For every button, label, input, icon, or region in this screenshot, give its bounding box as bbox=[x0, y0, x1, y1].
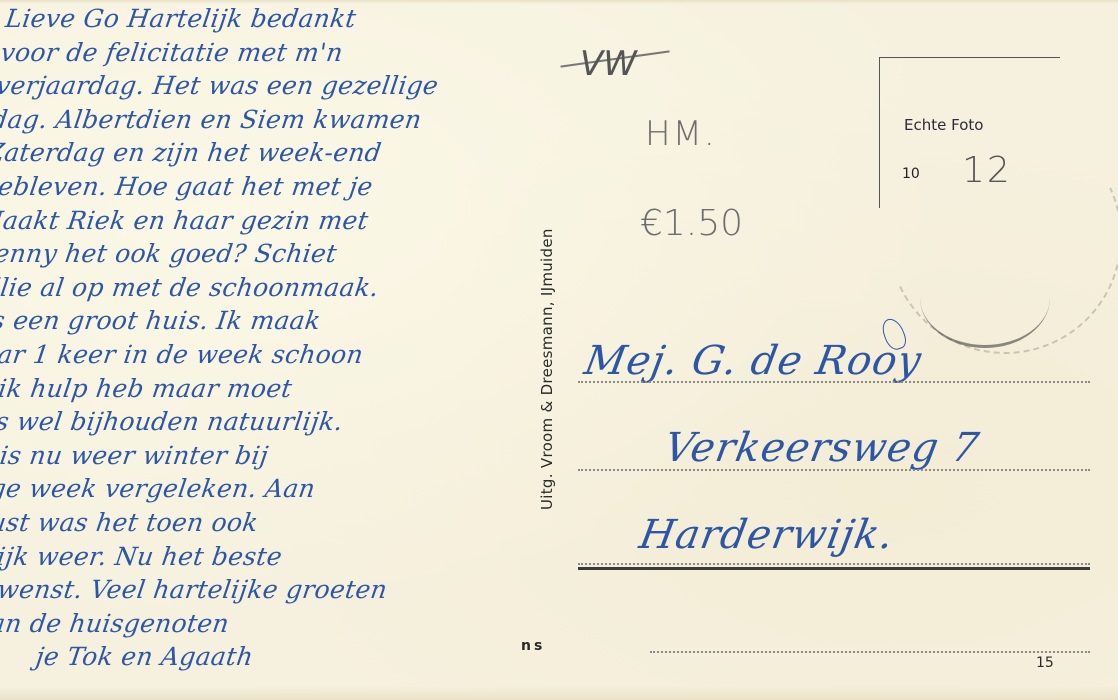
pencil-initials: VW bbox=[580, 44, 637, 84]
message-line: vorige week vergeleken. Aan bbox=[0, 472, 502, 506]
message-signature: je Tok en Agaath bbox=[0, 640, 478, 674]
message-line: voor de felicitatie met m'n bbox=[0, 36, 563, 70]
ns-mark: ns bbox=[521, 638, 545, 654]
address-line-3: Harderwijk. bbox=[636, 512, 898, 558]
message-line: toegewenst. Veel hartelijke groeten bbox=[0, 573, 488, 607]
card-number: 15 bbox=[1036, 655, 1054, 671]
message-line: t Is een groot huis. Ik maak bbox=[0, 304, 526, 338]
address-line-1: Mej. G. de Rooy bbox=[581, 338, 925, 384]
address-underline bbox=[578, 567, 1090, 570]
message-line: alles wel bijhouden natuurlijk. bbox=[0, 405, 511, 439]
message-line: Maakt Riek en haar gezin met bbox=[0, 204, 540, 238]
address-dotted-line bbox=[578, 381, 1090, 383]
message-line: als ik hulp heb maar moet bbox=[0, 372, 516, 406]
pencil-price: €1.50 bbox=[640, 203, 743, 244]
message-line: Lieve Go Hartelijk bedankt bbox=[3, 2, 568, 36]
address-dotted-line bbox=[650, 651, 1090, 653]
message-line: Zaterdag en zijn het week-end bbox=[0, 136, 549, 170]
publisher-imprint: Uitg. Vroom & Dreesmann, IJmuiden bbox=[538, 228, 556, 510]
card-edge-bottom bbox=[0, 686, 1118, 700]
message-line: dag. Albertdien en Siem kwamen bbox=[0, 103, 554, 137]
message-line: jullie al op met de schoonmaak. bbox=[0, 271, 530, 305]
message-line: de kust was het toen ook bbox=[0, 506, 497, 540]
postcard-back: Lieve Go Hartelijk bedankt voor de felic… bbox=[0, 0, 1118, 700]
message-line: Het is nu weer winter bij bbox=[0, 439, 507, 473]
message-line: Henny het ook goed? Schiet bbox=[0, 237, 535, 271]
message-line: maar 1 keer in de week schoon bbox=[0, 338, 521, 372]
message-line: heerlijk weer. Nu het beste bbox=[0, 540, 492, 574]
message-line: verjaardag. Het was een gezellige bbox=[0, 69, 559, 103]
pencil-condition-note: HM. bbox=[645, 114, 717, 154]
message-line: gebleven. Hoe gaat het met je bbox=[0, 170, 544, 204]
address-dotted-line bbox=[578, 469, 1090, 471]
message-line: ook aan de huisgenoten bbox=[0, 607, 483, 641]
address-dotted-line bbox=[578, 563, 1090, 565]
handwritten-message: Lieve Go Hartelijk bedankt voor de felic… bbox=[0, 2, 568, 674]
address-line-2: Verkeersweg 7 bbox=[661, 425, 983, 471]
